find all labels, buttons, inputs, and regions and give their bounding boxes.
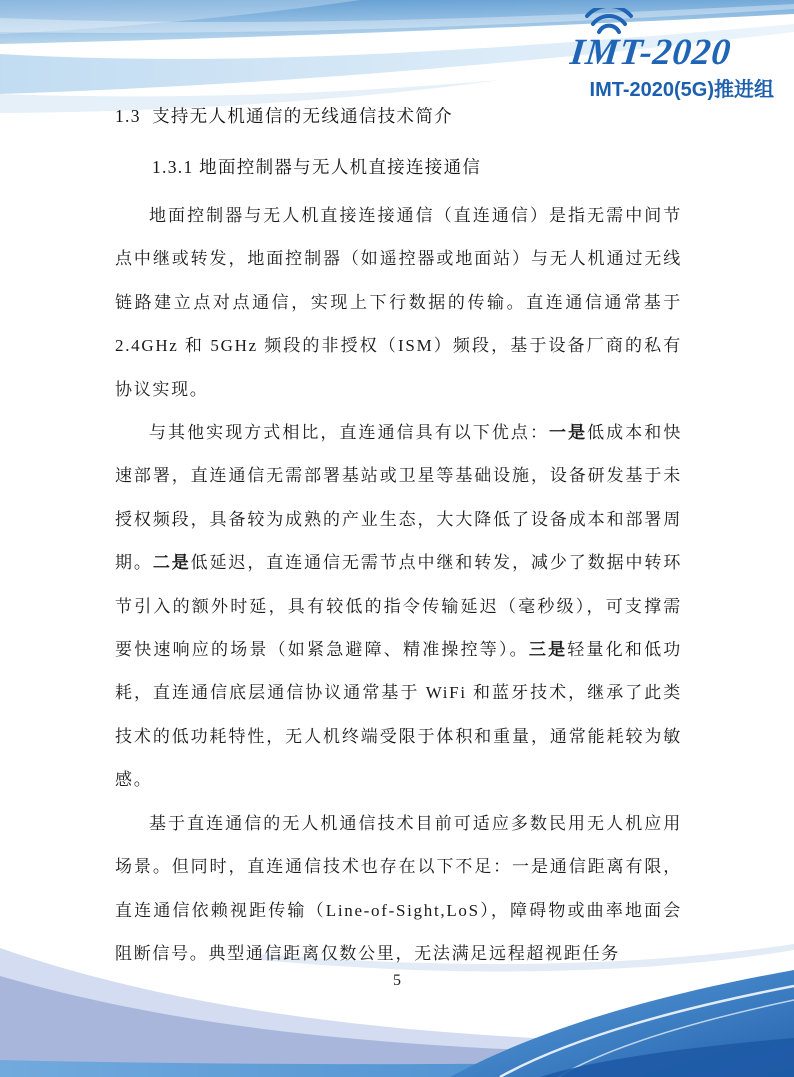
imt-2020-logo: IMT-2020: [569, 8, 774, 70]
subsection-heading: 1.3.1 地面控制器与无人机直接连接通信: [152, 154, 481, 179]
section-heading: 1.3 支持无人机通信的无线通信技术简介: [115, 103, 453, 128]
paragraph: 与其他实现方式相比，直连通信具有以下优点：一是低成本和快速部署，直连通信无需部署…: [115, 411, 682, 802]
page-number: 5: [0, 972, 794, 990]
bold-segment: 三是: [529, 640, 567, 659]
text-segment: 与其他实现方式相比，直连通信具有以下优点：: [149, 423, 549, 442]
paragraph: 地面控制器与无人机直接连接通信（直连通信）是指无需中间节点中继或转发，地面控制器…: [115, 194, 682, 411]
bold-segment: 二是: [153, 553, 191, 572]
text-segment: 轻量化和低功耗，直连通信底层通信协议通常基于 WiFi 和蓝牙技术，继承了此类技…: [115, 640, 682, 789]
logo-text: IMT-2020: [569, 32, 733, 70]
brand-block: IMT-2020 IMT-2020(5G)推进组: [554, 8, 774, 102]
paragraph: 基于直连通信的无人机通信技术目前可适应多数民用无人机应用场景。但同时，直连通信技…: [115, 802, 682, 976]
text-segment: 低成本和快速部署，直连通信无需部署基站或卫星等基础设施，设备研发基于未授权频段，…: [115, 423, 682, 572]
wifi-arcs-icon: [587, 8, 631, 32]
org-label: IMT-2020(5G)推进组: [554, 73, 774, 102]
text-segment: 基于直连通信的无人机通信技术目前可适应多数民用无人机应用场景。但同时，直连通信技…: [115, 814, 682, 963]
body-paragraphs: 地面控制器与无人机直接连接通信（直连通信）是指无需中间节点中继或转发，地面控制器…: [115, 194, 682, 975]
text-segment: 地面控制器与无人机直接连接通信（直连通信）是指无需中间节点中继或转发，地面控制器…: [115, 206, 682, 399]
bold-segment: 一是: [549, 423, 587, 442]
